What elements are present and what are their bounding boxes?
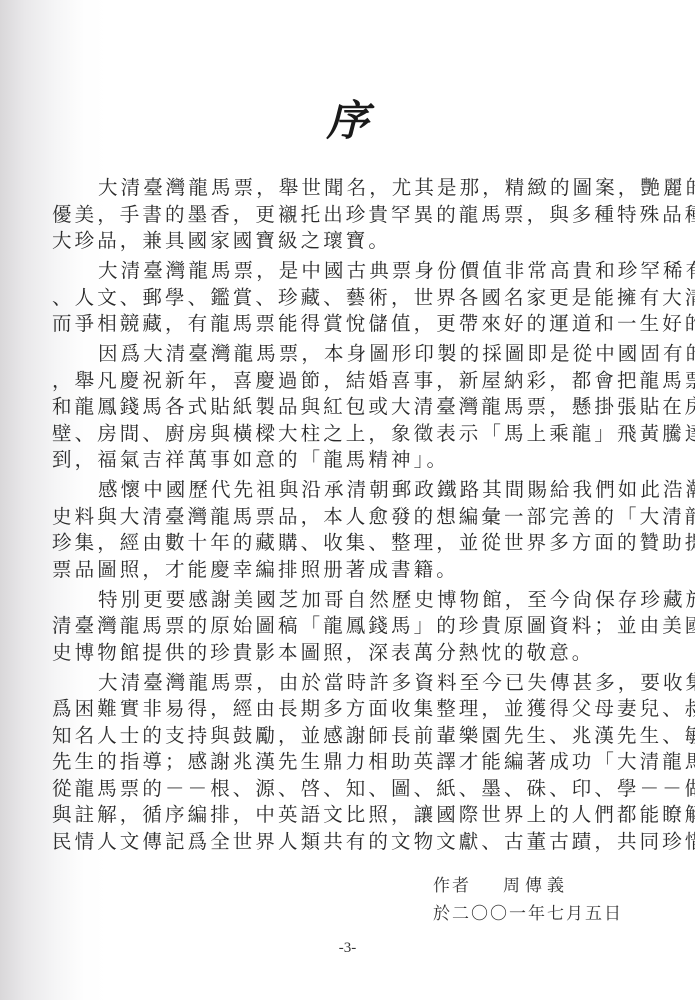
text-line: 爲困難實非易得，經由長期多方面收集整理，並獲得父母妻兒、叔伯姊妹和各界	[52, 696, 632, 723]
text-line: 而爭相競藏，有龍馬票能得賞悅儲值，更帶來好的運道和一生好的福氣。	[52, 311, 632, 338]
text-line: 大珍品，兼具國家國寶級之瓌寶。	[52, 228, 632, 255]
text-line: 優美，手書的墨香，更襯托出珍貴罕異的龍馬票，與多種特殊品種和存世孤品的	[52, 202, 632, 229]
text-line: 感懷中國歷代先祖與沿承清朝郵政鐵路其間賜給我們如此浩瀚優良的功業，	[52, 477, 632, 504]
text-line: 、人文、郵學、鑑賞、珍藏、藝術，世界各國名家更是能擁有大清臺灣龍馬票，	[52, 285, 632, 312]
text-line: 到，福氣吉祥萬事如意的「龍馬精神」。	[52, 447, 632, 474]
text-line: 民情人文傳記爲全世界人類共有的文物文獻、古董古蹟，共同珍惜與愛護。	[52, 829, 632, 856]
text-line: 與註解，循序編排，中英語文比照，讓國際世界上的人們都能瞭解到清朝臺灣的	[52, 802, 632, 829]
author-line: 作者周傳義	[433, 872, 623, 900]
signature-block: 作者周傳義 於二〇〇一年七月五日	[433, 872, 623, 928]
document-page: 序 大清臺灣龍馬票，舉世聞名，尤其是那，精緻的圖案，艷麗的色彩，加蓋的 優美，手…	[0, 0, 695, 1000]
text-line: ，舉凡慶祝新年，喜慶過節，結婚喜事，新屋納彩，都會把龍馬票的圖案，郵票	[52, 368, 632, 395]
page-number: -3-	[0, 940, 695, 957]
text-line: 大清臺灣龍馬票，由於當時許多資料至今已失傳甚多，要收集相關資料，極	[52, 670, 632, 697]
signature-date: 於二〇〇一年七月五日	[433, 900, 623, 928]
text-line: 清臺灣龍馬票的原始圖稿「龍鳳錢馬」的珍貴原圖資料；並由美國芝加哥自然歷	[52, 613, 632, 640]
text-line: 大清臺灣龍馬票，是中國古典票身份價值非常高貴和珍罕稀有的品種；歷史	[52, 258, 632, 285]
author-label: 作者	[433, 876, 471, 896]
page-title: 序	[0, 88, 695, 148]
paragraph-4: 感懷中國歷代先祖與沿承清朝郵政鐵路其間賜給我們如此浩瀚優良的功業， 史料與大清臺…	[52, 477, 632, 583]
paragraph-1: 大清臺灣龍馬票，舉世聞名，尤其是那，精緻的圖案，艷麗的色彩，加蓋的 優美，手書的…	[52, 175, 632, 255]
text-line: 先生的指導；感謝兆漢先生鼎力相助英譯才能編著成功「大清龍馬票鐵路傳」；	[52, 749, 632, 776]
paragraph-5: 特別更要感謝美國芝加哥自然歷史博物館，至今尙保存珍藏於博物館內的大 清臺灣龍馬票…	[52, 587, 632, 667]
text-line: 特別更要感謝美國芝加哥自然歷史博物館，至今尙保存珍藏於博物館內的大	[52, 587, 632, 614]
text-line: 從龍馬票的－－根、源、啓、知、圖、紙、墨、硃、印、學－－做爲詳盡的詮釋	[52, 776, 632, 803]
text-line: 史料與大清臺灣龍馬票品，本人愈發的想編彙一部完善的「大清龍馬票鐵路傳」	[52, 504, 632, 531]
text-line: 知名人士的支持與鼓勵，並感謝師長前輩樂園先生、兆漢先生、敏生先生、明芳	[52, 723, 632, 750]
text-line: 因爲大清臺灣龍馬票，本身圖形印製的採圖即是從中國固有的民俗傳統文化	[52, 341, 632, 368]
text-line: 史博物館提供的珍貴影本圖照，深表萬分熱忱的敬意。	[52, 640, 632, 667]
paragraph-6: 大清臺灣龍馬票，由於當時許多資料至今已失傳甚多，要收集相關資料，極 爲困難實非易…	[52, 670, 632, 856]
text-line: 票品圖照，才能慶幸編排照册著成書籍。	[52, 557, 632, 584]
text-line: 壁、房間、廚房與橫樑大柱之上，象徵表示「馬上乘龍」飛黃騰達，好運快速來	[52, 421, 632, 448]
author-name: 周傳義	[503, 876, 569, 896]
paragraph-3: 因爲大清臺灣龍馬票，本身圖形印製的採圖即是從中國固有的民俗傳統文化 ，舉凡慶祝新…	[52, 341, 632, 474]
text-line: 和龍鳳錢馬各式貼紙製品與紅包或大清臺灣龍馬票，懸掛張貼在房屋的門窗，牆	[52, 394, 632, 421]
paragraph-2: 大清臺灣龍馬票，是中國古典票身份價值非常高貴和珍罕稀有的品種；歷史 、人文、郵學…	[52, 258, 632, 338]
text-line: 珍集，經由數十年的藏購、收集、整理，並從世界多方面的贊助提供珍貴資料，	[52, 530, 632, 557]
text-line: 大清臺灣龍馬票，舉世聞名，尤其是那，精緻的圖案，艷麗的色彩，加蓋的	[52, 175, 632, 202]
preface-body: 大清臺灣龍馬票，舉世聞名，尤其是那，精緻的圖案，艷麗的色彩，加蓋的 優美，手書的…	[52, 175, 632, 859]
